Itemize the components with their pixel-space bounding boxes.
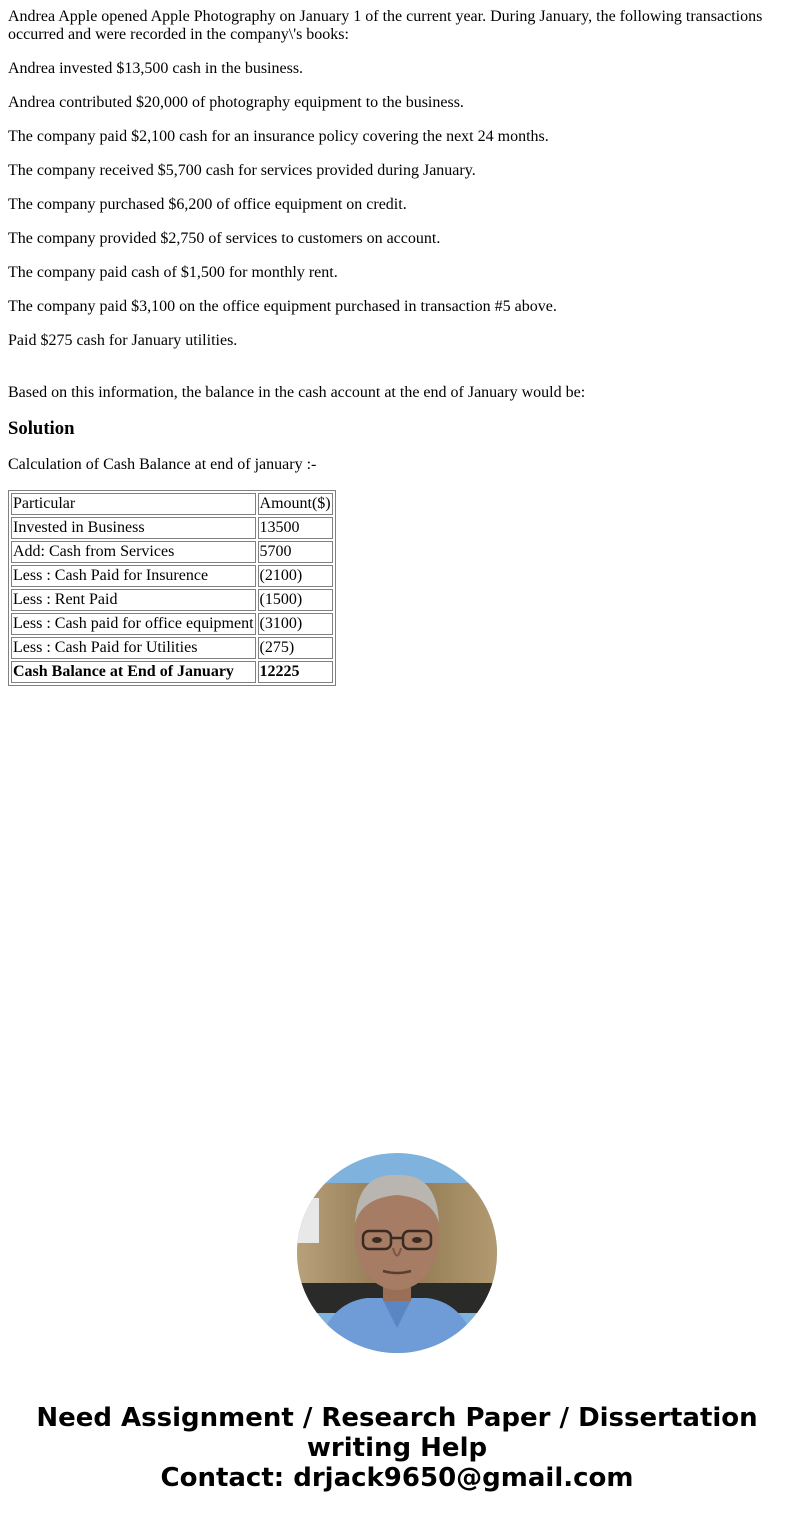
transaction-1: Andrea invested $13,500 cash in the busi… bbox=[8, 60, 786, 78]
promo-line-2: writing Help bbox=[0, 1433, 794, 1463]
cash-balance-table: Particular Amount($) Invested in Busines… bbox=[8, 490, 336, 686]
solution-subtitle: Calculation of Cash Balance at end of ja… bbox=[8, 456, 786, 474]
document-body: Andrea Apple opened Apple Photography on… bbox=[0, 0, 794, 686]
table-row: Less : Cash Paid for Insurence (2100) bbox=[11, 565, 333, 587]
total-label: Cash Balance at End of January bbox=[11, 661, 256, 683]
row-particular: Invested in Business bbox=[11, 517, 256, 539]
table-row: Less : Cash paid for office equipment (3… bbox=[11, 613, 333, 635]
total-amount: 12225 bbox=[258, 661, 333, 683]
transaction-7: The company paid cash of $1,500 for mont… bbox=[8, 264, 786, 282]
transaction-5: The company purchased $6,200 of office e… bbox=[8, 196, 786, 214]
row-particular: Less : Cash Paid for Insurence bbox=[11, 565, 256, 587]
question-intro: Andrea Apple opened Apple Photography on… bbox=[8, 8, 786, 44]
transaction-8: The company paid $3,100 on the office eq… bbox=[8, 298, 786, 316]
question-prompt: Based on this information, the balance i… bbox=[8, 384, 786, 402]
person-photo-icon bbox=[297, 1153, 497, 1353]
row-amount: 13500 bbox=[258, 517, 333, 539]
promo-banner: Need Assignment / Research Paper / Disse… bbox=[0, 1403, 794, 1493]
table-row: Less : Cash Paid for Utilities (275) bbox=[11, 637, 333, 659]
table-row: Invested in Business 13500 bbox=[11, 517, 333, 539]
row-amount: (2100) bbox=[258, 565, 333, 587]
table-row: Less : Rent Paid (1500) bbox=[11, 589, 333, 611]
row-amount: 5700 bbox=[258, 541, 333, 563]
header-particular: Particular bbox=[11, 493, 256, 515]
transaction-3: The company paid $2,100 cash for an insu… bbox=[8, 128, 786, 146]
row-amount: (275) bbox=[258, 637, 333, 659]
row-particular: Less : Cash Paid for Utilities bbox=[11, 637, 256, 659]
promo-contact: Contact: drjack9650@gmail.com bbox=[0, 1463, 794, 1493]
transaction-2: Andrea contributed $20,000 of photograph… bbox=[8, 94, 786, 112]
solution-heading: Solution bbox=[8, 418, 786, 440]
row-particular: Less : Rent Paid bbox=[11, 589, 256, 611]
table-total-row: Cash Balance at End of January 12225 bbox=[11, 661, 333, 683]
transaction-6: The company provided $2,750 of services … bbox=[8, 230, 786, 248]
row-particular: Less : Cash paid for office equipment bbox=[11, 613, 256, 635]
transaction-4: The company received $5,700 cash for ser… bbox=[8, 162, 786, 180]
row-amount: (1500) bbox=[258, 589, 333, 611]
table-row: Add: Cash from Services 5700 bbox=[11, 541, 333, 563]
transaction-9: Paid $275 cash for January utilities. bbox=[8, 332, 786, 350]
row-amount: (3100) bbox=[258, 613, 333, 635]
author-avatar bbox=[297, 1153, 497, 1353]
row-particular: Add: Cash from Services bbox=[11, 541, 256, 563]
table-header-row: Particular Amount($) bbox=[11, 493, 333, 515]
promo-line-1: Need Assignment / Research Paper / Disse… bbox=[0, 1403, 794, 1433]
header-amount: Amount($) bbox=[258, 493, 333, 515]
